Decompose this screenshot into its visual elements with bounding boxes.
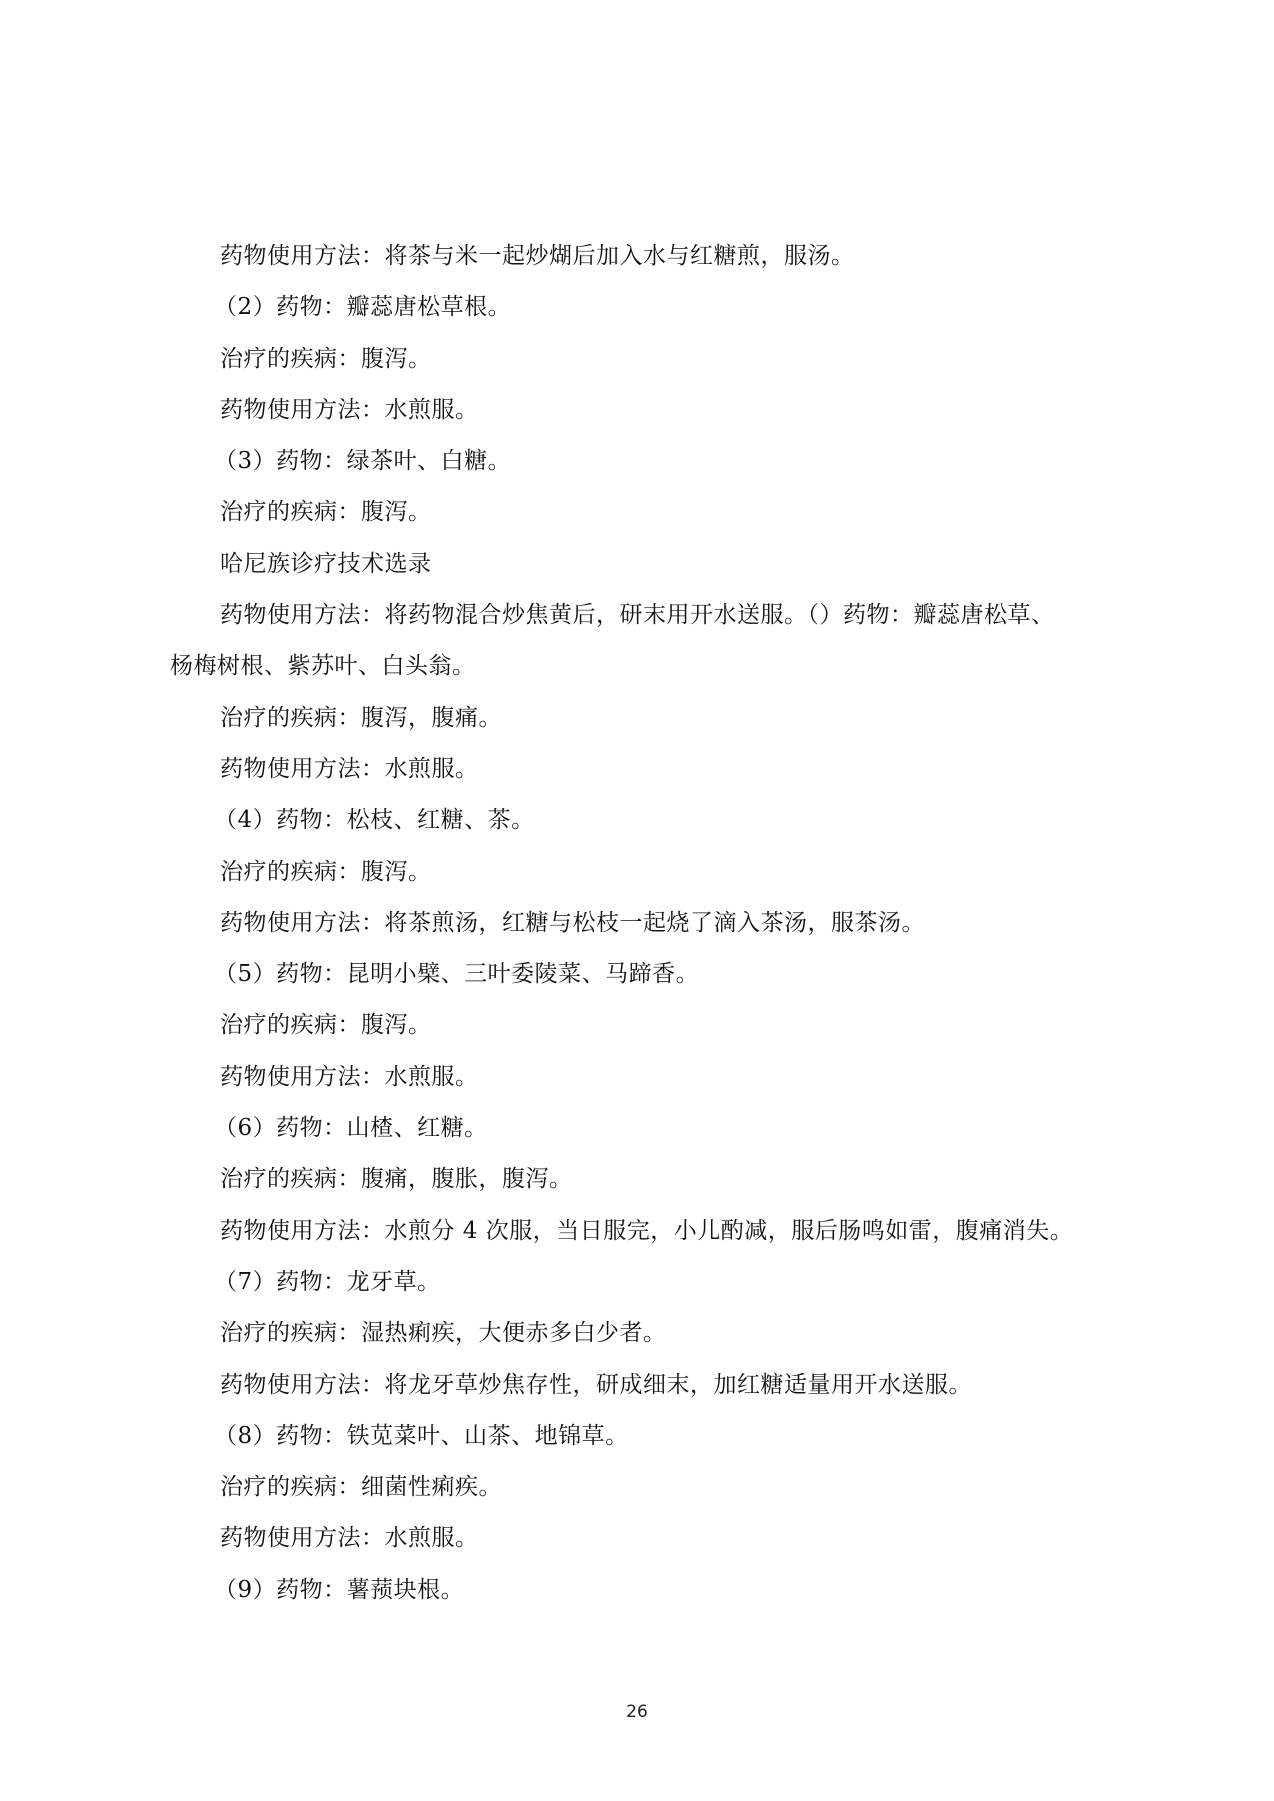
- body-text: 药物使用方法：将茶与米一起炒煳后加入水与红糖煎，服汤。 （2）药物：瓣蕊唐松草根…: [170, 231, 1100, 1616]
- remedy-4-heading: （4）药物：松枝、红糖、茶。: [170, 795, 1100, 846]
- disease-line: 治疗的疾病：腹痛，腹胀，腹泻。: [170, 1154, 1100, 1205]
- disease-line: 治疗的疾病：腹泻。: [170, 334, 1100, 385]
- document-page: 药物使用方法：将茶与米一起炒煳后加入水与红糖煎，服汤。 （2）药物：瓣蕊唐松草根…: [0, 0, 1274, 1801]
- usage-method-line: 药物使用方法：水煎服。: [170, 1052, 1100, 1103]
- disease-line: 治疗的疾病：腹泻。: [170, 1000, 1100, 1051]
- usage-method-line: 药物使用方法：将茶煎汤，红糖与松枝一起烧了滴入茶汤，服茶汤。: [170, 898, 1100, 949]
- usage-method-line: 药物使用方法：水煎服。: [170, 385, 1100, 436]
- disease-line: 治疗的疾病：腹泻。: [170, 847, 1100, 898]
- usage-method-line: 药物使用方法：将龙牙草炒焦存性，研成细末，加红糖适量用开水送服。: [170, 1360, 1100, 1411]
- continuation-line: 杨梅树根、紫苏叶、白头翁。: [170, 641, 1100, 692]
- disease-line: 治疗的疾病：腹泻，腹痛。: [170, 693, 1100, 744]
- remedy-2-heading: （2）药物：瓣蕊唐松草根。: [170, 282, 1100, 333]
- remedy-6-heading: （6）药物：山楂、红糖。: [170, 1103, 1100, 1154]
- remedy-5-heading: （5）药物：昆明小檗、三叶委陵菜、马蹄香。: [170, 949, 1100, 1000]
- page-number: 26: [0, 1702, 1274, 1722]
- usage-method-line: 药物使用方法：水煎服。: [170, 1513, 1100, 1564]
- section-title: 哈尼族诊疗技术选录: [170, 539, 1100, 590]
- remedy-9-heading: （9）药物：薯蓣块根。: [170, 1565, 1100, 1616]
- remedy-7-heading: （7）药物：龙牙草。: [170, 1257, 1100, 1308]
- usage-method-line: 药物使用方法：水煎分 4 次服，当日服完，小儿酌减，服后肠鸣如雷，腹痛消失。: [170, 1206, 1100, 1257]
- disease-line: 治疗的疾病：湿热痢疾，大便赤多白少者。: [170, 1308, 1100, 1359]
- remedy-8-heading: （8）药物：铁苋菜叶、山茶、地锦草。: [170, 1411, 1100, 1462]
- disease-line: 治疗的疾病：细菌性痢疾。: [170, 1462, 1100, 1513]
- usage-method-line: 药物使用方法：将茶与米一起炒煳后加入水与红糖煎，服汤。: [170, 231, 1100, 282]
- disease-line: 治疗的疾病：腹泻。: [170, 487, 1100, 538]
- remedy-3-heading: （3）药物：绿茶叶、白糖。: [170, 436, 1100, 487]
- usage-method-line: 药物使用方法：水煎服。: [170, 744, 1100, 795]
- usage-method-line: 药物使用方法：将药物混合炒焦黄后，研末用开水送服。（）药物：瓣蕊唐松草、: [170, 590, 1100, 641]
